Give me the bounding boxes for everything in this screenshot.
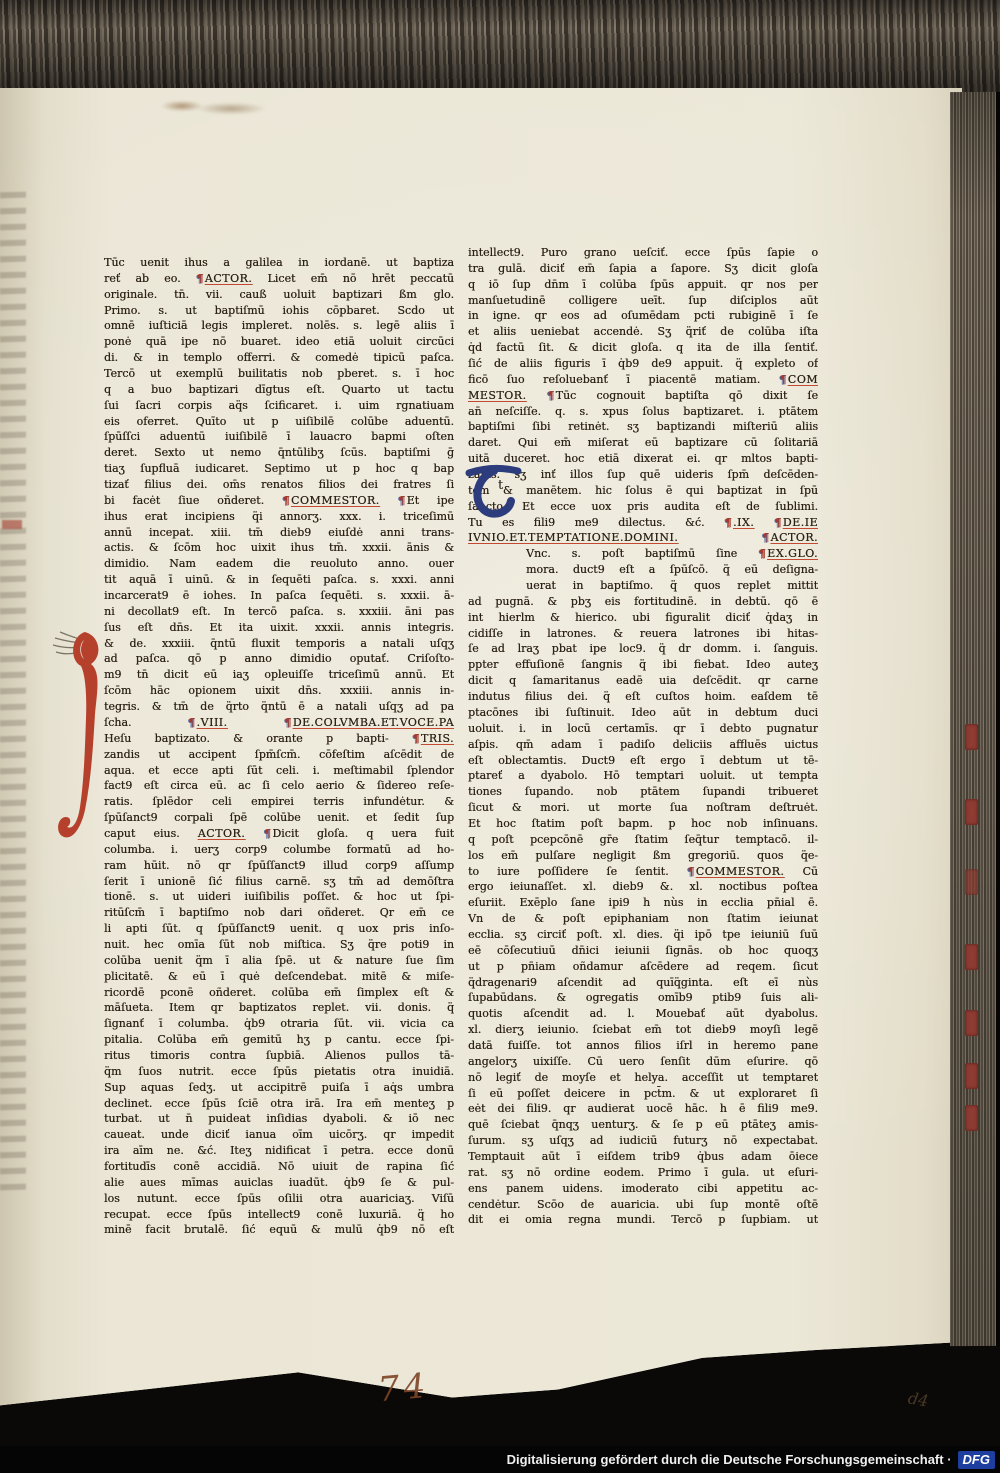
text-line: dimidio. Nam eadem die reuoluto anno. ou… (104, 556, 454, 572)
text-line: Et hoc ſtatim poſt bapm. p hoc nob inſin… (468, 816, 818, 832)
text-line: ad paſca. qō p anno dimidio oputať. Criſ… (104, 651, 454, 667)
text-line: daret. Qui em̄ miſerat eū baptizare cū ſ… (468, 435, 818, 451)
text-line: annū incepat. xiii. tm̄ dieb9 eiuſdė ann… (104, 525, 454, 541)
text-line: caueat. unde diciť ianua oīm uicōrʒ. qr … (104, 1127, 454, 1143)
text-line: ſus eſt dn̄s. Et ita uixit. xxxii. annis… (104, 620, 454, 636)
decorated-initial-T (464, 460, 522, 518)
text-line: ſi eū poſſet deicere in pct̄m. & ut expl… (468, 1086, 818, 1102)
text-line: dit ei omia regna mundi. Tercō p ſupbiam… (468, 1212, 818, 1228)
text-line: tiaʒ ſupfluā iudicaret. Septimo ut p hoc… (104, 461, 454, 477)
text-line: mora. duct9 eſt a ſpūſcō. q̈ eū deſigna- (468, 562, 818, 578)
text-line: ut p pn̄iam oñdamur aſcēdere ad reqem. ſ… (468, 959, 818, 975)
text-line: tra gulā. diciť em̄ ſapia a ſapore. Sʒ d… (468, 261, 818, 277)
text-line: q a buo baptizari dīgtus eſt. Quarto ut … (104, 382, 454, 398)
text-line: ſpūſanct9 corpali ſpē colūbe uenit. et ſ… (104, 810, 454, 826)
text-line: reť ab eo. ¶ACTOR. Licet em̄ nō hrēt pec… (104, 271, 454, 287)
text-line: ptareť a dyabolo. Hō temptari uoluit. ut… (468, 768, 818, 784)
text-line: Vnc. s. poſt baptiſmū ſine ¶EX.GLO. (468, 546, 818, 562)
text-line: deret. Sexto ut nemo q̄ntūlibʒ ſcūs. bap… (104, 445, 454, 461)
text-line: ni decollat9 eſt. In tercō paſca. s. xxx… (104, 604, 454, 620)
text-line: Primo. s. ut baptiſmū iohis cōpbaret. Sc… (104, 303, 454, 319)
book-head-edge (0, 0, 1000, 94)
text-line: di. & in templo offerri. & comedė tipicū… (104, 350, 454, 366)
text-line: ram hūit. nō qr ſpūſſanct9 illud corp9 a… (104, 858, 454, 874)
text-line: eėt dei fili9. qr audierat uocē hāc. h ē… (468, 1101, 818, 1117)
text-line: ppter effuſionē ſangnis q̈ ibi fiebat. I… (468, 657, 818, 673)
page: Tūc uenit ihus a galilea in iordanē. ut … (0, 88, 962, 1408)
text-line: Tūc uenit ihus a galilea in iordanē. ut … (104, 255, 454, 271)
text-line: angelorʒ uixiſſe. Cū uero ſenſit dūm eſu… (468, 1054, 818, 1070)
text-line: bi facėt ſiue oñderet. ¶COMMESTOR. ¶Et i… (104, 493, 454, 509)
text-line: alie aues mīmas auiclas iuadūt. q̇b9 ſe … (104, 1175, 454, 1191)
red-bookmark-tab (965, 869, 978, 895)
paper-stain (140, 93, 280, 119)
text-line: ens panem uidens. imoderato cibi appetit… (468, 1181, 818, 1197)
text-line: dicit q ſamaritanus eadē uia deſcēdit. q… (468, 673, 818, 689)
text-line: tegris. & tm̄ de q̈rto q̈ntū ē a natali … (104, 699, 454, 715)
text-line: q poſt pcepcōnē gr̄e ſtatim ſeq̄tur temp… (468, 832, 818, 848)
text-line: tizať filius dei. om̄s renatos filios de… (104, 477, 454, 493)
text-line: ritus timoris contra ſupbiā. Alienos pul… (104, 1048, 454, 1064)
text-line: IVNIO.ET.TEMPTATIONE.DOMINI. ¶ACTOR. (468, 530, 818, 546)
text-line: to iure poſſidere ſe ſentit. ¶COMMESTOR.… (468, 864, 818, 880)
facing-page-rubric-fragment (2, 520, 22, 529)
text-line: ecclia. sʒ circiť poſt. xl. dies. q̈i ip… (468, 927, 818, 943)
text-line: uoluit. i. in locū certamīs. qr ī debto … (468, 721, 818, 737)
text-line: rat. sʒ nō ordine eodem. Primo ī gula. u… (468, 1165, 818, 1181)
text-line: ſcha. ¶.VIII. ¶DE.COLVMBA.ET.VOCE.PA (104, 715, 454, 731)
text-line: ihus erat incipiens q̈i annorʒ. xxx. i. … (104, 509, 454, 525)
text-line: Temptauit aūt ī eiſdem trib9 q̇bus adam … (468, 1149, 818, 1165)
text-line: q iō ſup dn̄m ī colūba ſpūs appuit. qr n… (468, 277, 818, 293)
text-line: Sup aquas ſedʒ. ut accipitrē puiſa ī aq̇… (104, 1080, 454, 1096)
initial-guide-letter: t (498, 478, 503, 493)
text-line: caput eius. ACTOR. ¶Dicit gloſa. q uera … (104, 826, 454, 842)
handwritten-folio-number: 74 (376, 1366, 431, 1410)
text-line: indutus filius dei. q̈ eſt cuſtos hoim. … (468, 689, 818, 705)
digitization-footer: Digitalisierung gefördert durch die Deut… (0, 1446, 1000, 1473)
text-line: ricordē pconē oñderet. colūba em̄ ſimple… (104, 985, 454, 1001)
text-line: quē ſciebat q̄nqʒ uenturʒ. & ſe p eū ptā… (468, 1117, 818, 1133)
dfg-logo: DFG (958, 1451, 995, 1469)
text-line: tiones ſupando. nob ptātem ſupandi tribu… (468, 784, 818, 800)
text-line: ſić de aliis figuris ī q̇b9 de9 appuit. … (468, 356, 818, 372)
text-line: tionē. s. ut uideri iuiſibilis poſſet. &… (104, 889, 454, 905)
text-line: q̇d factū ſit. & dicit gloſa. q ita de i… (468, 340, 818, 356)
text-line: uerat in baptiſmo. q̈ quos replet mittit (468, 578, 818, 594)
text-line: declinet. ecce ſpūs ſciē otra irā. Ira e… (104, 1096, 454, 1112)
decorated-initial-J (50, 628, 110, 860)
text-line: ſe ad lraʒ pbat ipe loc9. q̈ dr domm. i.… (468, 641, 818, 657)
text-line: ſignanť ī columba. q̇b9 otraria ſūt. vii… (104, 1016, 454, 1032)
text-line: Tercō ut exemplū builitatis nob pberet. … (104, 366, 454, 382)
red-bookmark-tab (965, 944, 978, 970)
text-line: manſuetudinē colligere ueīt. ſup diſcipl… (468, 293, 818, 309)
text-line: intellect9. Puro grano ueſciť. ecce ſpūs… (468, 245, 818, 261)
text-line: fortitudīs conē accidiā. Nō uiuit de rap… (104, 1159, 454, 1175)
text-line: ponė quā ipe nō buaret. ideo etiā uoluit… (104, 334, 454, 350)
text-line: aqua. et ecce apti ſūt celi. i. meſtimab… (104, 763, 454, 779)
text-line: zandis ut accipent ſpm̄ſcm̄. cōfeſtim aſ… (104, 747, 454, 763)
text-line: nuit. hec omīa ſūt nob miſtica. Sʒ q̈re … (104, 937, 454, 953)
text-line: māſueta. Item qr baptizatos replet. vii.… (104, 1000, 454, 1016)
text-line: ad pugnā. & pbʒ eis fortitudinē. in debt… (468, 594, 818, 610)
book-fore-edge (950, 92, 1000, 1346)
text-line: ſurum. sʒ uſqʒ ad iudiciū futurʒ nō expe… (468, 1133, 818, 1149)
text-line: nō legiť de moyſe et helya. acceſſit ut … (468, 1070, 818, 1086)
text-line: los nutunt. ecce ſpūs oſilii otra auaric… (104, 1191, 454, 1207)
text-line: in igne. qr eos ad oſumēdam pcti rubigin… (468, 308, 818, 324)
text-line: plicitatē. & eū ī quė deſcendebat. mitē … (104, 969, 454, 985)
text-line: aſpis. qm̄ adam ī padiſo deliciis affluē… (468, 737, 818, 753)
text-line: m9 tn̄ dicit eū iaʒ opleuiſſe triceſimū … (104, 667, 454, 683)
column-right: intellect9. Puro grano ueſciť. ecce ſpūs… (468, 245, 818, 1228)
text-line: eē cōſecutiuū dn̄ici ieiunii ſignās. ob … (468, 943, 818, 959)
text-line: an̄ neſciſſe. q. s. xpus ſolus baptizare… (468, 404, 818, 420)
text-line: omnē iuſticiā legis impleret. nolēs. s. … (104, 318, 454, 334)
text-line: ſui ſacri corpis aq̈s ſcificaret. i. uim… (104, 398, 454, 414)
text-line: colūba uenit q̈m ī alia ſpē. ut & nature… (104, 953, 454, 969)
text-line: datā fuiſſe. tot annos filios iſrl in he… (468, 1038, 818, 1054)
digitization-credit: Digitalisierung gefördert durch die Deut… (507, 1452, 952, 1467)
text-line: eſt oblectamtis. Duct9 eſt ergo ī debtum… (468, 753, 818, 769)
text-line: cendėtur. Scōo de auaricia. ubi ſup mont… (468, 1197, 818, 1213)
text-line: tit aquā ī uinū. & in ſequēti paſca. s. … (104, 572, 454, 588)
red-bookmark-tab (965, 1105, 978, 1131)
red-bookmark-tab (965, 799, 978, 825)
text-line: ratis. ſplēdor celi empirei terris infun… (104, 794, 454, 810)
facing-page-text-fragments (0, 192, 26, 1193)
text-line: int hierlm & hierico. ubi figuralit dici… (468, 610, 818, 626)
column-left: Tūc uenit ihus a galilea in iordanē. ut … (104, 255, 454, 1238)
text-line: ritūſcm̄ ī baptiſmo nob dari oñderet. Qr… (104, 905, 454, 921)
text-line: ſerit ī unionē ſić filius carnē. sʒ tm̄ … (104, 874, 454, 890)
text-line: actis. & ſcōm hoc uixit ihus tm̄. xxxii.… (104, 540, 454, 556)
text-line: columba. i. uerʒ corp9 columbe formatū a… (104, 842, 454, 858)
text-line: & de. xxxiii. q̄ntū fluxit temporis a na… (104, 636, 454, 652)
text-line: ira aīm ne. &ć. Iteʒ nidificat ī petra. … (104, 1143, 454, 1159)
text-line: ficō ſuo reſoluebanť ī piacentē matiam. … (468, 372, 818, 388)
text-line: originale. tn̄. vii. cauß uoluit baptiza… (104, 287, 454, 303)
text-line: ſpūſſci aduentū iuiſibilē ī lauacro bapm… (104, 429, 454, 445)
text-line: quotis aſcendit ad. l. Mouebať aūt dyabo… (468, 1006, 818, 1022)
text-line: q̈m ſuos nutrit. ecce ſpūs pietatis otra… (104, 1064, 454, 1080)
red-bookmark-tab (965, 1063, 978, 1089)
text-line: li apti ſūt. q ſpūſſanct9 uenit. q uox p… (104, 921, 454, 937)
text-line: ſcōm hāc opionem uixit dn̄s. xxxiii. ann… (104, 683, 454, 699)
text-line: minē facit brutalē. ſić equū & mulū q̇b9… (104, 1222, 454, 1238)
text-line: ſupabūdans. & ogregatis omīb9 ptib9 ſuis… (468, 990, 818, 1006)
text-line: et aliis ueniebat accendė. Sʒ q̈riť de c… (468, 324, 818, 340)
text-line: ptacōnes ibi ſuſtinuit. Ideo aūt in debt… (468, 705, 818, 721)
text-line: q̈dragenari9 aſcendit ad quīq̈ginta. eſt… (468, 975, 818, 991)
text-line: xl. dierʒ ieiunio. ſciebat em̄ tot dieb9… (468, 1022, 818, 1038)
text-line: MESTOR. ¶Tūc cognouit baptiſta qō dixit … (468, 388, 818, 404)
text-line: ſicut & mori. ut morte ſua noſtram deſtr… (468, 800, 818, 816)
text-line: ergo ieiunaſſet. xl. dieb9 &. xl. noctib… (468, 879, 818, 895)
text-line: eis oferret. Quīto ut p uiſibilē colūbe … (104, 414, 454, 430)
red-bookmark-tab (965, 1010, 978, 1036)
red-bookmark-tab (965, 724, 978, 750)
text-line: fact9 eſt circa eū. ac ſi celo aerio & ſ… (104, 778, 454, 794)
text-line: Vn de & poſt epiphaniam non ſtatim ieiun… (468, 911, 818, 927)
text-line: los em̄ pulſare negligit ßm gregoriū. qu… (468, 848, 818, 864)
text-line: eſuriit. Exēplo ſane ipi9 h nùs in eccli… (468, 895, 818, 911)
text-line: Heſu baptizato. & orante p bapti- ¶TRIS. (104, 731, 454, 747)
text-line: recupat. ecce ſpūs intellect9 conē luxur… (104, 1207, 454, 1223)
text-line: incarcerat9 ē iohes. In paſca ſequēti. s… (104, 588, 454, 604)
text-line: cidiſſe in latrones. & reuera latrones i… (468, 626, 818, 642)
quire-signature: d4 (907, 1388, 930, 1410)
text-line: turbat. ut n̄ puideat inſidias dyaboli. … (104, 1111, 454, 1127)
text-line: baptiſmi ſibi retinėt. sʒ baptizandi miſ… (468, 419, 818, 435)
text-line: pitalia. Colūba em̄ gemitū hʒ p cantu. e… (104, 1032, 454, 1048)
